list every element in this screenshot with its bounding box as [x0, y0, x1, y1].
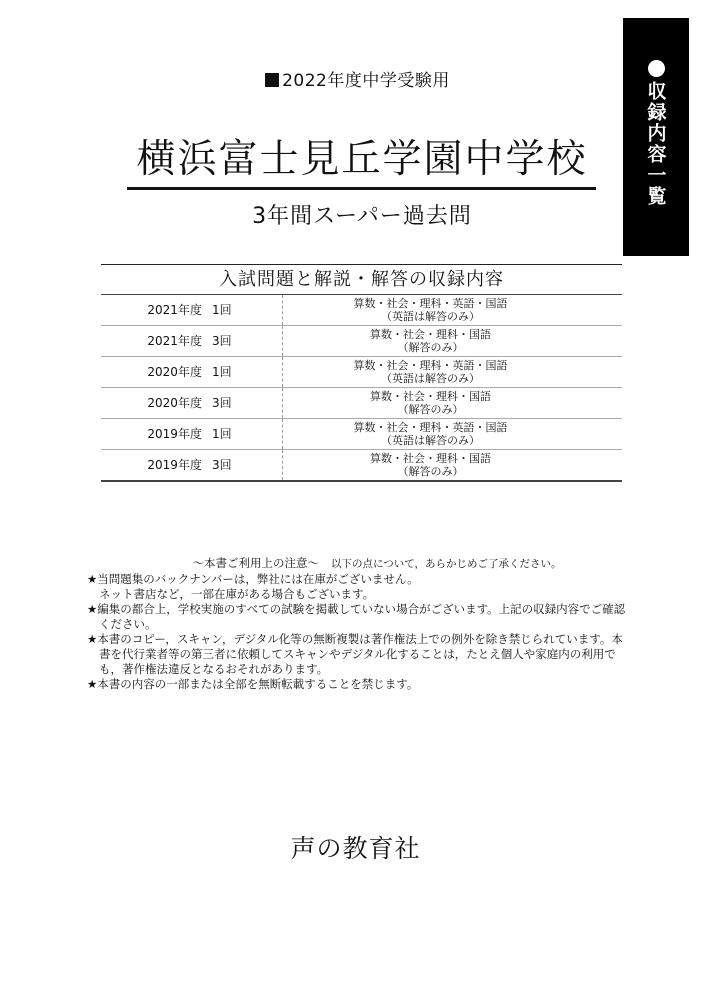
series-subtitle: 3年間スーパー過去問 [127, 199, 597, 230]
notice-item: ★編集の都合上，学校実施のすべての試験を掲載していない場合がございます。上記の収… [87, 602, 627, 632]
square-bullet-icon [265, 73, 279, 87]
year-text: 2021年度 [147, 303, 202, 317]
notice-item-continuation: ネット書店など，一部在庫がある場合もございます。 [87, 587, 627, 602]
subjects-cell: 算数・社会・理科・国語（解答のみ） [283, 450, 622, 480]
contents-index-label: 収録内容一覧 [643, 81, 670, 207]
subjects-note: （解答のみ） [283, 403, 578, 416]
notice-subheading: 以下の点について，あらかじめご了承ください。 [331, 558, 562, 570]
subjects-note: （英語は解答のみ） [283, 310, 578, 323]
round-text: 1回 [212, 427, 232, 441]
year-text: 2019年度 [147, 458, 202, 472]
subjects-note: （解答のみ） [283, 341, 578, 354]
exam-year-cell: 2021年度3回 [101, 326, 283, 356]
contents-table: 入試問題と解説・解答の収録内容 2021年度1回 算数・社会・理科・英語・国語（… [101, 264, 622, 482]
round-text: 3回 [212, 334, 232, 348]
subjects-note: （英語は解答のみ） [283, 434, 578, 447]
notice-heading-text: ～本書ご利用上の注意～ [192, 556, 319, 570]
subjects-text: 算数・社会・理科・英語・国語 [283, 421, 578, 434]
exam-year-cell: 2019年度1回 [101, 419, 283, 449]
contents-index-tab: 収録内容一覧 [623, 18, 689, 256]
usage-notice: ～本書ご利用上の注意～以下の点について，あらかじめご了承ください。 ★当問題集の… [87, 556, 627, 692]
round-text: 3回 [212, 458, 232, 472]
publisher-name: 声の教育社 [0, 829, 707, 865]
subjects-text: 算数・社会・理科・国語 [283, 390, 578, 403]
title-underline-divider [127, 187, 596, 190]
subjects-cell: 算数・社会・理科・国語（解答のみ） [283, 388, 622, 418]
edition-text: 2022年度中学受験用 [282, 71, 450, 91]
subjects-note: （解答のみ） [283, 465, 578, 478]
year-text: 2019年度 [147, 427, 202, 441]
notice-item: ★本書のコピー，スキャン，デジタル化等の無断複製は著作権法上での例外を除き禁じら… [87, 632, 627, 677]
exam-year-cell: 2020年度3回 [101, 388, 283, 418]
round-text: 1回 [212, 365, 232, 379]
school-name-title: 横浜富士見丘学園中学校 [127, 128, 597, 184]
edition-label: 2022年度中学受験用 [0, 66, 707, 91]
subjects-text: 算数・社会・理科・国語 [283, 452, 578, 465]
subjects-text: 算数・社会・理科・英語・国語 [283, 297, 578, 310]
circle-bullet-icon [648, 60, 665, 77]
year-text: 2020年度 [147, 396, 202, 410]
subjects-text: 算数・社会・理科・英語・国語 [283, 359, 578, 372]
year-text: 2020年度 [147, 365, 202, 379]
notice-item: ★当問題集のバックナンバーは，弊社には在庫がございません。 [87, 572, 627, 587]
subjects-cell: 算数・社会・理科・英語・国語（英語は解答のみ） [283, 295, 622, 325]
round-text: 1回 [212, 303, 232, 317]
exam-year-cell: 2021年度1回 [101, 295, 283, 325]
subjects-cell: 算数・社会・理科・英語・国語（英語は解答のみ） [283, 419, 622, 449]
subjects-cell: 算数・社会・理科・国語（解答のみ） [283, 326, 622, 356]
notice-item: ★本書の内容の一部または全部を無断転載することを禁じます。 [87, 677, 627, 692]
subjects-note: （英語は解答のみ） [283, 372, 578, 385]
year-text: 2021年度 [147, 334, 202, 348]
table-row: 2019年度3回 算数・社会・理科・国語（解答のみ） [101, 450, 622, 480]
round-text: 3回 [212, 396, 232, 410]
exam-year-cell: 2019年度3回 [101, 450, 283, 480]
table-row: 2020年度1回 算数・社会・理科・英語・国語（英語は解答のみ） [101, 357, 622, 388]
table-row: 2021年度3回 算数・社会・理科・国語（解答のみ） [101, 326, 622, 357]
table-row: 2019年度1回 算数・社会・理科・英語・国語（英語は解答のみ） [101, 419, 622, 450]
exam-year-cell: 2020年度1回 [101, 357, 283, 387]
contents-table-title: 入試問題と解説・解答の収録内容 [101, 265, 622, 295]
notice-heading: ～本書ご利用上の注意～以下の点について，あらかじめご了承ください。 [87, 556, 627, 572]
table-row: 2020年度3回 算数・社会・理科・国語（解答のみ） [101, 388, 622, 419]
subjects-cell: 算数・社会・理科・英語・国語（英語は解答のみ） [283, 357, 622, 387]
subjects-text: 算数・社会・理科・国語 [283, 328, 578, 341]
table-row: 2021年度1回 算数・社会・理科・英語・国語（英語は解答のみ） [101, 295, 622, 326]
